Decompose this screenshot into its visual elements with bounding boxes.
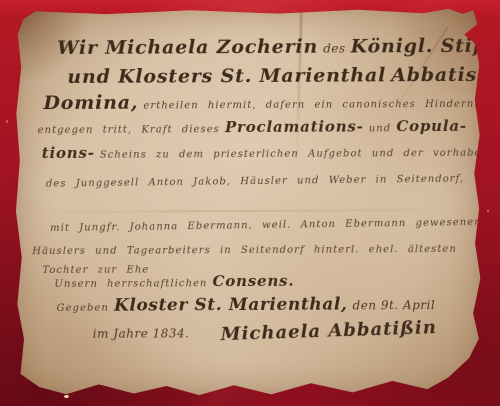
dust-speck (64, 395, 69, 398)
text-segment: entgegen tritt, Kraft dieses (38, 124, 220, 136)
text-segment: mit Jungfr. Johanna Ebermann, weil. Anto… (50, 217, 482, 234)
dust-speck (6, 120, 8, 123)
text-segment: Scheins zu dem priesterlichen Aufgebot u… (100, 147, 500, 161)
text-segment: und Klosters St. Marienthal (67, 64, 386, 88)
text-line-kloster: und Klosters St. Marienthal Abbatissin u… (67, 65, 500, 87)
text-line-consens: Unsern herrschaftlichen Consens. (54, 273, 294, 290)
text-segment: Consens. (213, 272, 295, 290)
text-segment: tions- (42, 144, 95, 162)
text-segment: ertheilen hiermit, dafern ein canonische… (143, 99, 500, 112)
text-line-bride: mit Jungfr. Johanna Ebermann, weil. Anto… (50, 212, 482, 234)
text-segment: Unsern herrschaftlichen (54, 278, 207, 290)
text-line-opening: Wir Michaela Zocherin des Königl. Stifts (57, 37, 500, 58)
text-segment: Proclamations- (225, 117, 364, 136)
text-segment: des Junggesell Anton Jakob, Häusler und … (46, 173, 464, 189)
text-line-proclamations: entgegen tritt, Kraft dieses Proclamatio… (38, 118, 467, 136)
photo-of-historical-document: Wir Michaela Zocherin des Königl. Stifts… (0, 0, 500, 406)
text-segment: Gegeben (57, 303, 109, 314)
handwritten-text: Wir Michaela Zocherin des Königl. Stifts… (13, 7, 481, 397)
text-segment: Häuslers und Tagearbeiters in Seitendorf… (32, 244, 457, 257)
text-segment: und (369, 123, 391, 134)
text-segment: Wir Michaela Zocherin (57, 36, 318, 59)
text-segment: Kloster St. Marienthal, (114, 294, 348, 315)
dust-speck (487, 210, 489, 212)
text-line-bride-father: Häuslers und Tagearbeiters in Seitendorf… (32, 239, 457, 257)
abbess-signature: Michaela Abbatißin (220, 319, 437, 344)
text-segment: im Jahre 1834. (93, 326, 190, 341)
text-line-domina: Domina, ertheilen hiermit, dafern ein ca… (43, 92, 500, 114)
text-segment: Copula- (396, 117, 467, 135)
text-line-groom: des Junggesell Anton Jakob, Häusler und … (46, 168, 465, 189)
document-paper: Wir Michaela Zocherin des Königl. Stifts… (13, 7, 481, 397)
text-segment: den 9t. April (353, 298, 436, 312)
text-line-dateline: Gegeben Kloster St. Marienthal, den 9t. … (57, 296, 436, 315)
text-line-year-and-signature: im Jahre 1834. Michaela Abbatißin (93, 322, 437, 342)
text-line-scheins: tions- Scheins zu dem priesterlichen Auf… (42, 142, 500, 161)
text-segment: des (323, 41, 346, 55)
text-segment: Domina, (43, 92, 138, 114)
